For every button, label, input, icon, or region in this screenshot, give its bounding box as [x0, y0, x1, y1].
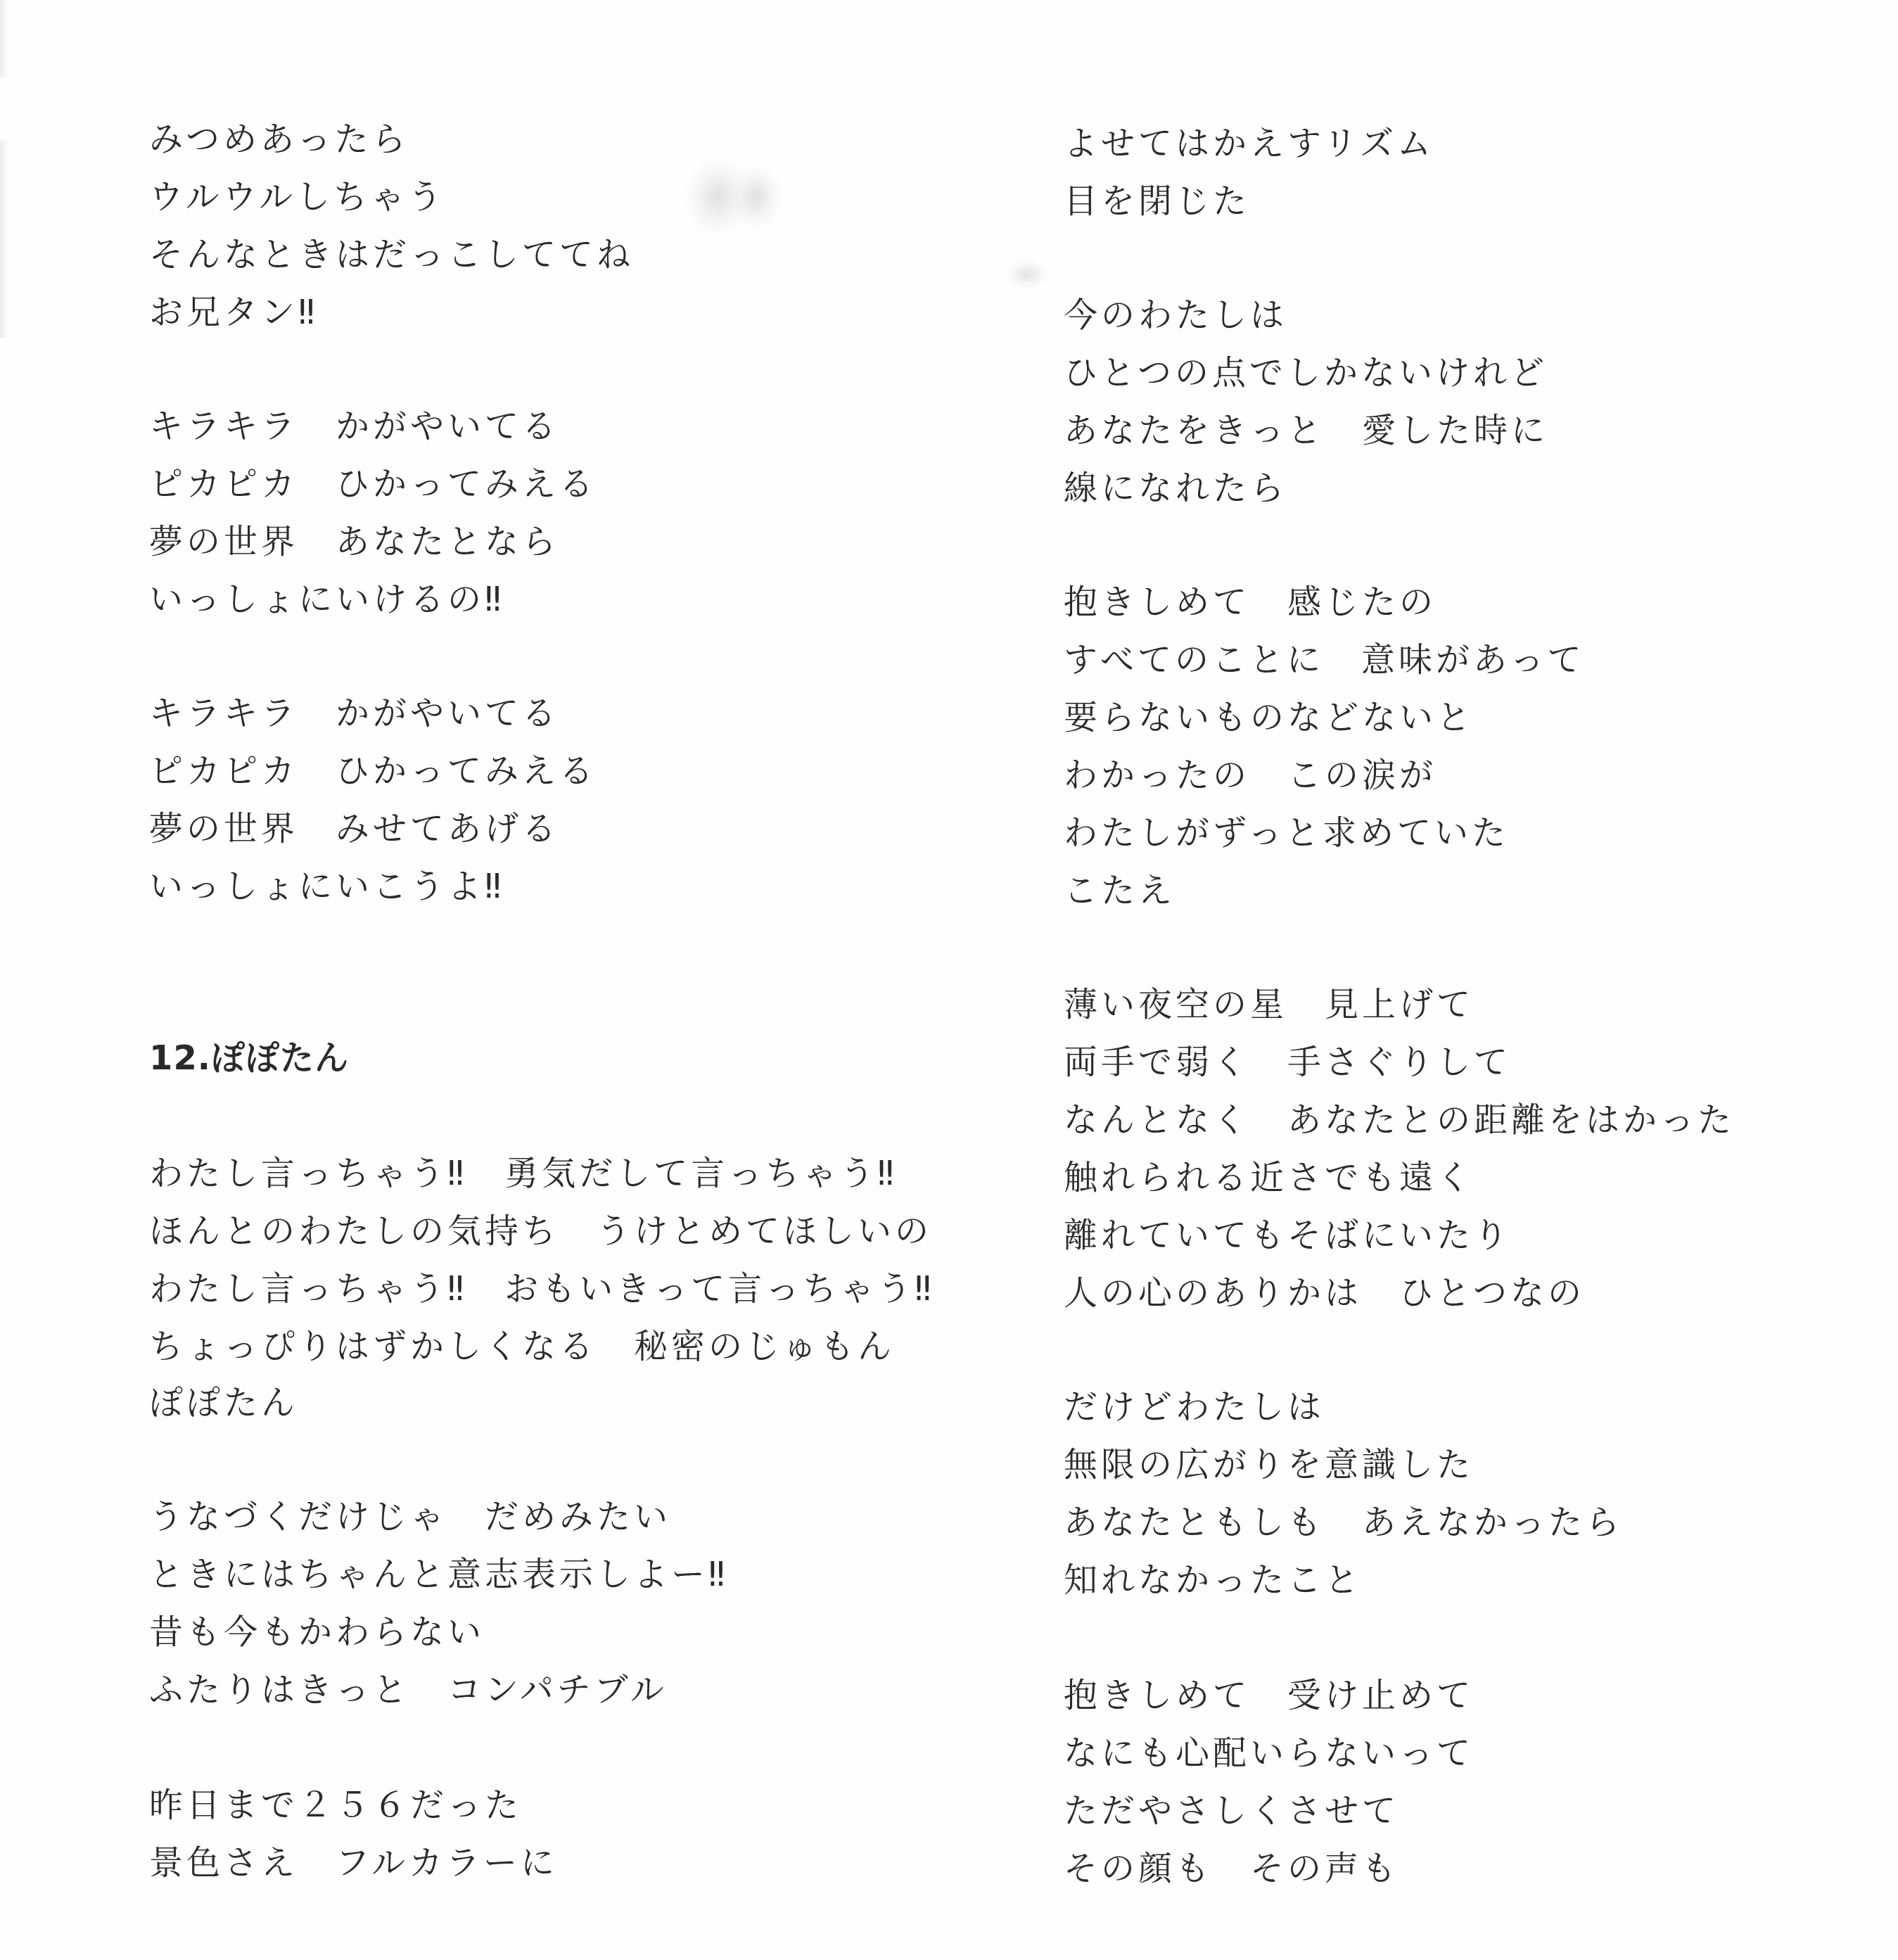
lyric-line: ピカピカ ひかってみえる	[149, 750, 597, 792]
lyric-line: 要らないものなどないと	[1064, 696, 1474, 739]
lyric-line: あなたともしも あえなかったら	[1064, 1501, 1623, 1544]
lyric-line: お兄タン‼	[149, 291, 318, 333]
lyric-line: みつめあったら	[149, 118, 409, 160]
lyric-line: わたしがずっと求めていた	[1064, 812, 1509, 854]
lyric-line: ちょっぴりはずかしくなる 秘密のじゅもん	[149, 1325, 895, 1368]
lyric-line: なにも心配いらないって	[1064, 1732, 1474, 1774]
lyric-line: ウルウルしちゃう	[149, 176, 445, 218]
lyric-line: すべてのことに 意味があって	[1064, 639, 1585, 681]
lyric-line: わかったの この涙が	[1064, 754, 1437, 796]
lyric-line: わたし言っちゃう‼ 勇気だして言っちゃう‼	[149, 1152, 898, 1195]
lyric-line: 抱きしめて 受け止めて	[1064, 1674, 1474, 1717]
lyric-line: 離れていてもそばにいたり	[1064, 1214, 1511, 1256]
lyric-line: ときにはちゃんと意志表示しよー‼	[149, 1553, 728, 1596]
lyric-line: ぽぽたん	[149, 1382, 298, 1424]
lyric-line: 抱きしめて 感じたの	[1064, 581, 1437, 623]
song-title: 12.ぽぽたん	[149, 1037, 349, 1079]
lyric-line: その顔も その声も	[1064, 1847, 1399, 1890]
lyric-line: 夢の世界 みせてあげる	[149, 808, 559, 850]
lyric-line: わたし言っちゃう‼ おもいきって言っちゃう‼	[149, 1268, 935, 1310]
lyric-line: ふたりはきっと コンパチブル	[149, 1669, 668, 1711]
lyric-line: だけどわたしは	[1064, 1386, 1325, 1428]
lyric-line: 触れられる近さでも遠く	[1064, 1157, 1474, 1199]
lyric-line: うなづくだけじゃ だめみたい	[149, 1496, 671, 1538]
scan-smudge	[1006, 260, 1048, 288]
lyric-line: ひとつの点でしかないけれど	[1064, 352, 1548, 394]
lyric-line: キラキラ かがやいてる	[149, 405, 559, 447]
lyric-line: 両手で弱く 手さぐりして	[1064, 1041, 1511, 1083]
lyric-line: そんなときはだっこしててね	[149, 234, 634, 276]
scan-smudge	[732, 165, 781, 229]
lyric-line: こたえ	[1064, 870, 1176, 912]
lyric-line: なんとなく あなたとの距離をはかった	[1064, 1099, 1735, 1141]
lyric-line: いっしょにいけるの‼	[149, 578, 504, 621]
lyric-line: ピカピカ ひかってみえる	[149, 463, 597, 505]
lyric-line: 目を閉じた	[1064, 180, 1250, 222]
lyric-line: よせてはかえすリズム	[1064, 122, 1434, 165]
lyric-line: いっしょにいこうよ‼	[149, 865, 504, 908]
scanned-lyrics-page: みつめあったら ウルウルしちゃう そんなときはだっこしててね お兄タン‼ キラキ…	[0, 0, 1898, 1960]
lyric-line: 無限の広がりを意識した	[1064, 1444, 1474, 1486]
scan-edge-shadow-middle	[0, 141, 8, 338]
lyric-line: ほんとのわたしの気持ち うけとめてほしいの	[149, 1210, 932, 1252]
lyric-line: 今のわたしは	[1064, 294, 1287, 336]
lyric-line: 昔も今もかわらない	[149, 1611, 485, 1653]
lyric-line: 線になれたら	[1064, 467, 1287, 509]
lyric-line: 景色さえ フルカラーに	[149, 1842, 558, 1884]
scan-edge-shadow-top	[0, 0, 8, 77]
lyric-line: 薄い夜空の星 見上げて	[1064, 984, 1474, 1026]
lyric-line: キラキラ かがやいてる	[149, 692, 559, 734]
lyric-line: ただやさしくさせて	[1064, 1790, 1399, 1832]
lyric-line: あなたをきっと 愛した時に	[1064, 409, 1548, 452]
lyric-line: 知れなかったこと	[1064, 1559, 1362, 1601]
lyric-line: 昨日まで２５６だった	[149, 1784, 522, 1826]
lyric-line: 夢の世界 あなたとなら	[149, 521, 559, 563]
lyric-line: 人の心のありかは ひとつなの	[1064, 1272, 1585, 1314]
